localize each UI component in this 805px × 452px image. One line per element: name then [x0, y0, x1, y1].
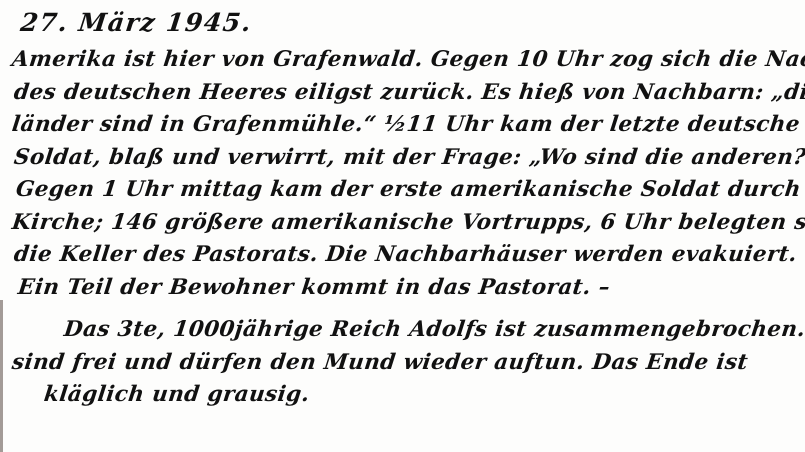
handwritten-line: Ein Teil der Bewohner kommt in das Pasto…	[16, 272, 805, 305]
scan-edge-shadow	[0, 300, 3, 452]
handwritten-line: die Keller des Pastorats. Die Nachbarhäu…	[12, 239, 805, 272]
handwritten-line: Kirche; 146 größere amerikanische Vortru…	[10, 207, 805, 240]
handwritten-line: kläglich und grausig.	[42, 379, 805, 412]
paragraph-1: Amerika ist hier von Grafenwald. Gegen 1…	[10, 44, 801, 304]
handwritten-line: des deutschen Heeres eiligst zurück. Es …	[12, 77, 805, 110]
diary-page: 27. März 1945. Amerika ist hier von Graf…	[0, 0, 805, 452]
handwritten-line: Amerika ist hier von Grafenwald. Gegen 1…	[10, 44, 805, 77]
handwritten-line: Soldat, blaß und verwirrt, mit der Frage…	[12, 142, 805, 175]
handwritten-line: Gegen 1 Uhr mittag kam der erste amerika…	[14, 174, 805, 207]
handwritten-line: länder sind in Grafenmühle.“ ½11 Uhr kam…	[10, 109, 805, 142]
paragraph-2: Das 3te, 1000jährige Reich Adolfs ist zu…	[10, 314, 801, 412]
date-heading: 27. März 1945.	[18, 6, 805, 44]
handwritten-line: Das 3te, 1000jährige Reich Adolfs ist zu…	[62, 314, 805, 347]
handwritten-line: sind frei und dürfen den Mund wieder auf…	[10, 347, 805, 380]
